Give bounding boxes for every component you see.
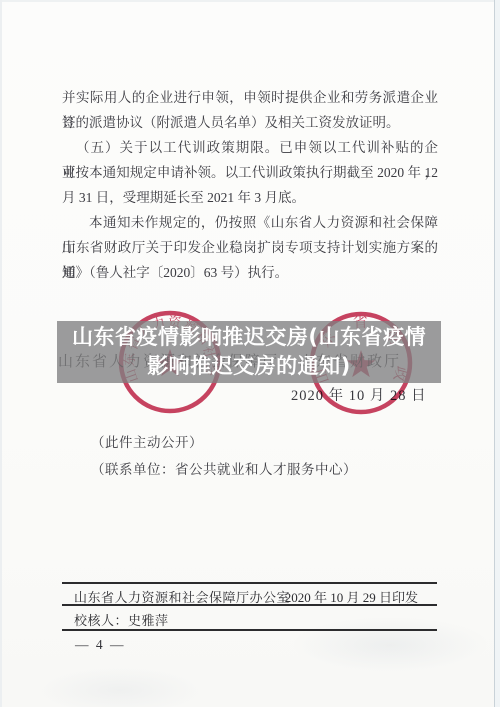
scan-edge-left xyxy=(0,0,2,707)
footer-rule-top xyxy=(62,582,437,584)
body-text-line: 本通知未作规定的，仍按照《山东省人力资源和社会保障厅 xyxy=(62,210,438,235)
proofreader-label: 校核人： xyxy=(74,613,128,628)
body-text-line: 并实际用人的企业进行申领，申领时提供企业和劳务派遣企业签 xyxy=(62,85,438,110)
overlay-title-banner: 山东省疫情影响推迟交房(山东省疫情 影响推迟交房的通知) xyxy=(57,321,441,383)
body-text-line: （五）关于以工代训政策期限。已申领以工代训补贴的企业， xyxy=(62,135,438,160)
contact-note: （联系单位：省公共就业和人才服务中心） xyxy=(91,458,357,478)
overlay-title-line2: 影响推迟交房的通知) xyxy=(147,352,351,381)
body-text-line: 山东省财政厅关于印发企业稳岗扩岗专项支持计划实施方案的通 xyxy=(62,235,438,260)
overlay-title-line1: 山东省疫情影响推迟交房(山东省疫情 xyxy=(72,323,426,352)
body-text-line: 订的派遣协议（附派遣人员名单）及相关工资发放证明。 xyxy=(62,110,438,135)
scan-margin-right xyxy=(495,0,500,707)
footer-rule-bottom xyxy=(62,629,437,631)
notice-body: 并实际用人的企业进行申领，申领时提供企业和劳务派遣企业签 订的派遣协议（附派遣人… xyxy=(62,85,438,285)
scan-edge-top xyxy=(0,0,494,2)
body-text-line: 可按本通知规定申请补领。以工代训政策执行期截至 2020 年 12 xyxy=(62,160,438,185)
footer-rule-middle xyxy=(62,604,437,606)
disclosure-note: （此件主动公开） xyxy=(91,431,203,451)
scanned-document-page: 并实际用人的企业进行申领，申领时提供企业和劳务派遣企业签 订的派遣协议（附派遣人… xyxy=(0,0,494,707)
body-text-line: 知》（鲁人社字〔2020〕63 号）执行。 xyxy=(62,260,438,285)
footer-proofreader: 校核人：史雅萍 xyxy=(74,610,169,629)
body-text-line: 月 31 日，受理期延长至 2021 年 3 月底。 xyxy=(62,185,438,210)
proofreader-name: 史雅萍 xyxy=(128,613,169,628)
page-number: — 4 — xyxy=(75,637,126,653)
